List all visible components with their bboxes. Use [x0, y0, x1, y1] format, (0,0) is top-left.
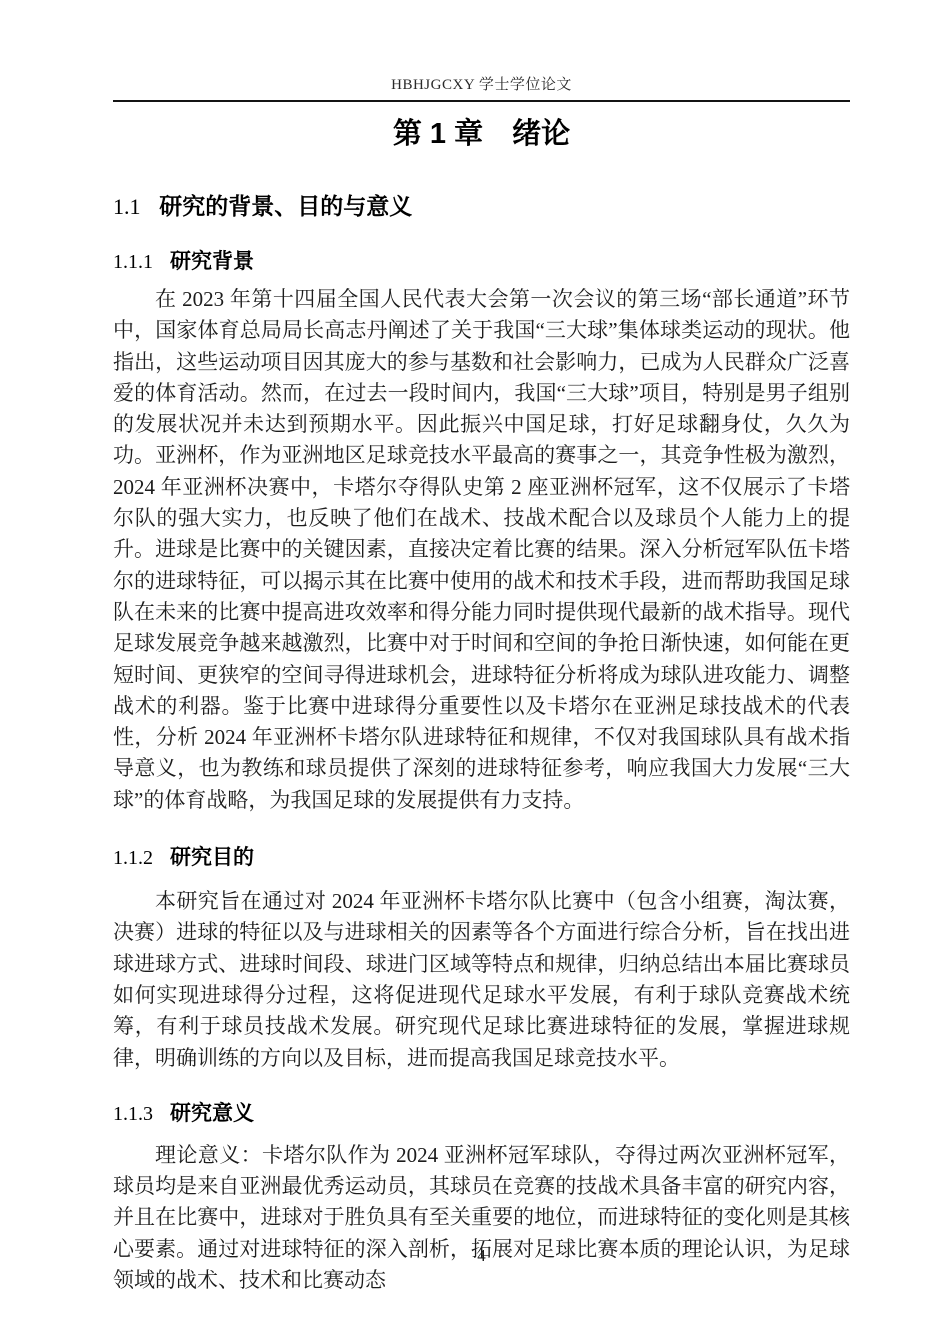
subsection-number: 1.1.2 — [113, 847, 153, 869]
header-rule — [113, 100, 850, 102]
document-page: HBHJGCXY 学士学位论文 第 1 章 绪论 1.1研究的背景、目的与意义 … — [0, 0, 950, 1344]
paragraph-research-background: 在 2023 年第十四届全国人民代表大会第一次会议的第三场“部长通道”环节中，国… — [113, 284, 850, 816]
content-area: HBHJGCXY 学士学位论文 第 1 章 绪论 1.1研究的背景、目的与意义 … — [113, 0, 850, 1296]
page-number: 4 — [113, 1246, 850, 1266]
chapter-title: 第 1 章 绪论 — [113, 115, 850, 153]
paragraph-research-significance: 理论意义：卡塔尔队作为 2024 亚洲杯冠军球队，夺得过两次亚洲杯冠军，球员均是… — [113, 1140, 850, 1296]
subsection-title: 研究意义 — [170, 1102, 254, 1125]
subsection-title: 研究背景 — [170, 250, 254, 273]
subsection-number: 1.1.1 — [113, 251, 153, 273]
page-header-text: HBHJGCXY 学士学位论文 — [113, 0, 850, 95]
paragraph-research-purpose: 本研究旨在通过对 2024 年亚洲杯卡塔尔队比赛中（包含小组赛，淘汰赛，决赛）进… — [113, 886, 850, 1074]
subsection-number: 1.1.3 — [113, 1103, 153, 1125]
section-number: 1.1 — [113, 194, 141, 219]
subsection-title: 研究目的 — [170, 846, 254, 869]
section-heading-1-1: 1.1研究的背景、目的与意义 — [113, 191, 850, 222]
subsection-heading-1-1-2: 1.1.2研究目的 — [113, 844, 850, 872]
subsection-heading-1-1-3: 1.1.3研究意义 — [113, 1100, 850, 1128]
section-title: 研究的背景、目的与意义 — [159, 193, 412, 219]
subsection-heading-1-1-1: 1.1.1研究背景 — [113, 248, 850, 276]
